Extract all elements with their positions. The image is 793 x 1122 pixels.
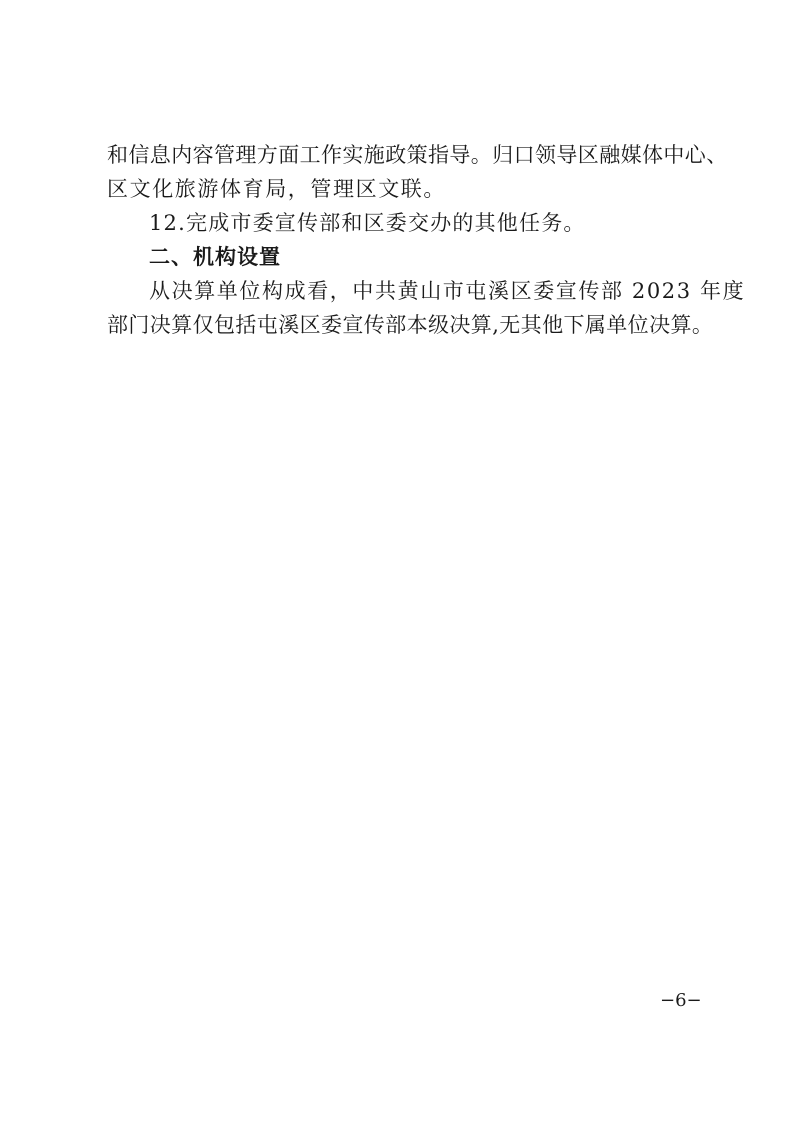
paragraph-line: 和信息内容管理方面工作实施政策指导。归口领导区融媒体中心、 [107,138,695,172]
section-heading: 二、机构设置 [149,240,695,274]
paragraph-line: 部门决算仅包括屯溪区委宣传部本级决算,无其他下属单位决算。 [107,308,695,342]
paragraph-line: 区文化旅游体育局，管理区文联。 [107,172,695,206]
list-item-12: 12.完成市委宣传部和区委交办的其他任务。 [149,206,695,240]
document-page: 和信息内容管理方面工作实施政策指导。归口领导区融媒体中心、 区文化旅游体育局，管… [0,0,793,1122]
page-number: −6− [660,990,702,1011]
paragraph-line: 从决算单位构成看，中共黄山市屯溪区委宣传部 2023 年度 [149,274,695,308]
